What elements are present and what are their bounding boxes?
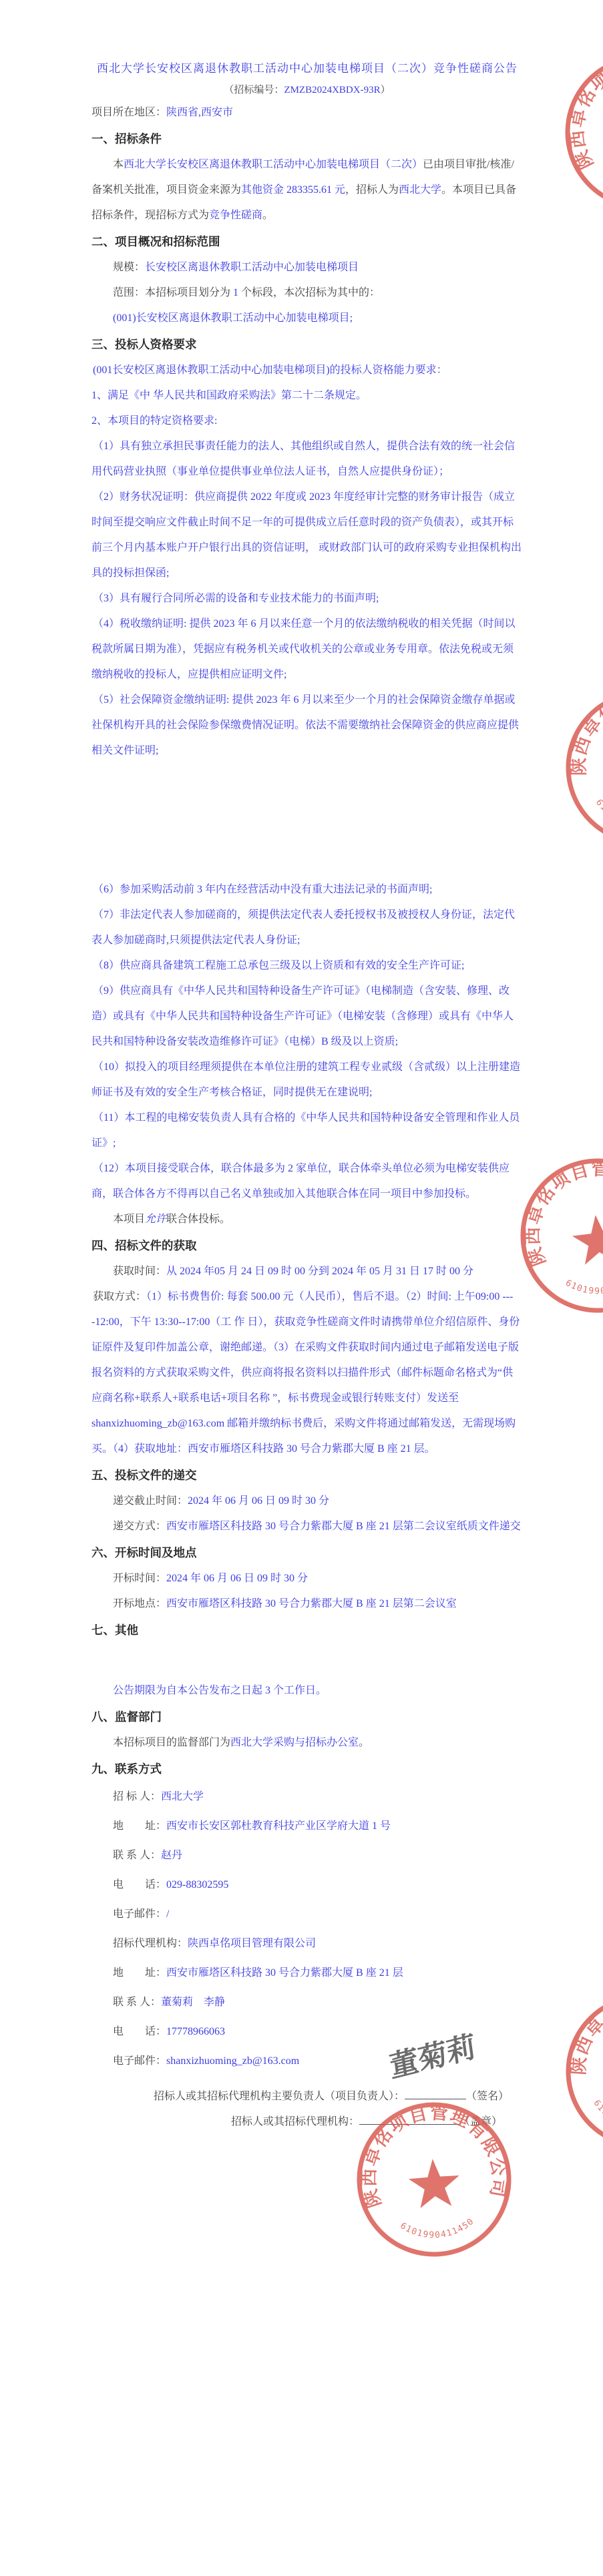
seal-number-text: 6101990411450 [398,2216,477,2243]
requirement-item-6: （6）参加采购活动前 3 年内在经营活动中没有重大违法记录的书面声明; [91,877,523,903]
text-run: 。 [359,1737,369,1748]
label: 电子邮件： [113,2055,166,2067]
text-run: 本 [113,159,124,170]
supervision-paragraph: 本招标项目的监督部门为西北大学采购与招标办公室。 [91,1730,523,1756]
value: 西北大学 [161,1791,204,1802]
project-name: 西北大学长安校区离退休教职工活动中心加装电梯项目（二次） [124,159,423,170]
agency-address-row: 地 址：西安市雁塔区科技路 30 号合力紫郡大厦 B 座 21 层 [91,1959,523,1988]
agency-seal-line: 招标人或其招标代理机构：（盖章） [91,2109,523,2135]
ref-label: （招标编号： [224,85,284,95]
requirement-2: 2、本项目的特定资格要求: [91,409,523,434]
joint-venture-note: 本项目允许联合体投标。 [91,1207,523,1232]
obtain-time: 获取时间：从 2024 年05 月 24 日 09 时 00 分到 2024 年… [91,1259,523,1284]
ref-close: ） [381,85,391,95]
sign-suffix: （签名） [466,2091,509,2102]
requirement-item-1: （1）具有独立承担民事责任能力的法人、其他组织或自然人，提供合法有效的统一社会信… [91,434,523,485]
text-run: 本招标项目的监督部门为 [113,1737,230,1748]
lot-001: (001)长安校区离退休教职工活动中心加装电梯项目; [91,306,523,331]
requirement-item-7: （7）非法定代表人参加磋商的，须提供法定代表人委托授权书及被授权人身份证，法定代… [91,903,523,953]
label: 电子邮件： [113,1908,166,1920]
tenderer-name: 西北大学 [399,184,441,196]
project-scale: 规模：长安校区离退休教职工活动中心加装电梯项目 [91,255,523,280]
label: 获取时间： [113,1266,166,1277]
requirement-1: 1、满足《中 华人民共和国政府采购法》第二十二条规定。 [91,383,523,409]
star-icon [407,2157,461,2209]
section-gap [91,1643,523,1678]
seal-number-text: 6101990411450 [590,796,603,836]
company-seal-partial-bottom: 陕西卓佲项目管理有限公司 6101990411450 [538,1966,603,2176]
opening-time: 开标时间：2024 年 06 月 06 日 09 时 30 分 [91,1566,523,1591]
text-run: ，招标人为 [345,184,399,196]
company-seal-graphic: 陕西卓佲项目管理有限公司 6101990411450 [542,666,603,868]
tender-reference: （招标编号：ZMZB2024XBDX-93R） [91,80,523,100]
section-heading-7: 七、其他 [91,1617,523,1643]
label: 递交截止时间： [113,1495,188,1507]
value: shanxizhuoming_zb@163.com [166,2055,299,2067]
procurement-method: 竞争性磋商 [209,210,262,221]
responsible-person-line: 招标人或其招标代理机构主要负责人（项目负责人）：（签名） [91,2084,523,2109]
tenderer-phone-row: 电 话：029-88302595 [91,1870,523,1900]
announcement-page: 西北大学长安校区离退休教职工活动中心加装电梯项目（二次）竞争性磋商公告 （招标编… [0,0,603,2576]
label: 开标时间： [113,1573,166,1584]
requirement-item-12: （12）本项目接受联合体，联合体最多为 2 家单位，联合体牵头单位必须为电梯安装… [91,1156,523,1207]
value: 从 2024 年05 月 24 日 09 时 00 分到 2024 年 05 月… [166,1266,473,1277]
funding-amount: 其他资金 283355.61 元 [241,184,345,196]
company-seal-graphic: 陕西卓佲项目管理有限公司 6101990411450 [544,33,603,232]
seal-suffix: （盖章） [459,2116,502,2127]
svg-text:6101990411450: 6101990411450 [587,2097,603,2141]
value: 西安市雁塔区科技路 30 号合力紫郡大厦 B 座 21 层第二会议室纸质文件递交 [166,1521,521,1532]
label: 规模： [113,262,145,273]
text-run: 本项目 [113,1214,145,1225]
requirement-item-10: （10）拟投入的项目经理须提供在本单位注册的建筑工程专业贰级（含贰级）以上注册建… [91,1055,523,1105]
value: 17778966063 [166,2026,225,2037]
requirement-item-9: （9）供应商具有《中华人民共和国特种设备生产许可证》（电梯制造（含安装、修理、改… [91,979,523,1055]
section-heading-5: 五、投标文件的递交 [91,1462,523,1489]
value: 2024 年 06 月 06 日 09 时 30 分 [166,1573,308,1584]
seal-company-text: 陕西卓佲项目管理有限公司 [564,674,603,811]
obtain-method: 获取方式：（1）标书费售价: 每套 500.00 元（人民币），售后不退。（2）… [91,1284,523,1462]
requirement-item-4: （4）税收缴纳证明: 提供 2023 年 6 月以来任意一个月的依法缴纳税收的相… [91,611,523,688]
seal-company-text: 陕西卓佲项目管理有限公司 [552,40,603,173]
section-heading-6: 六、开标时间及地点 [91,1539,523,1566]
allowed-flag: 允许 [145,1214,166,1225]
submission-method: 递交方式：西安市雁塔区科技路 30 号合力紫郡大厦 B 座 21 层第二会议室纸… [91,1514,523,1539]
label: 联 系 人： [113,1850,161,1861]
label: 获取方式： [93,1291,146,1302]
text-run: 个标段，本次招标为其中的： [238,287,380,298]
section-heading-9: 九、联系方式 [91,1756,523,1782]
svg-text:陕西卓佲项目管理有限公司: 陕西卓佲项目管理有限公司 [564,674,603,811]
company-seal-partial-mid1: 陕西卓佲项目管理有限公司 6101990411450 [542,666,603,868]
seal-number-text: 6101990411450 [587,2097,603,2141]
svg-text:陕西卓佲项目管理有限公司: 陕西卓佲项目管理有限公司 [514,1150,603,1269]
seal-company-text: 陕西卓佲项目管理有限公司 [563,1974,603,2119]
section-heading-3: 三、投标人资格要求 [91,331,523,358]
company-seal-graphic: 陕西卓佲项目管理有限公司 6101990411450 [538,1966,603,2176]
label: 联 系 人： [113,1997,161,2008]
seal-company-text: 陕西卓佲项目管理有限公司 [514,1150,603,1269]
submission-deadline: 递交截止时间：2024 年 06 月 06 日 09 时 30 分 [91,1489,523,1514]
agency-name-row: 招标代理机构：陕西卓佲项目管理有限公司 [91,1929,523,1959]
agency-contact-row: 联 系 人：董菊莉 李静 [91,1988,523,2017]
project-region: 项目所在地区：陕西省,西安市 [91,100,523,125]
label: 招标代理机构： [113,1938,188,1949]
requirement-item-3: （3）具有履行合同所必需的设备和专业技术能力的书面声明; [91,586,523,611]
section-heading-8: 八、监督部门 [91,1704,523,1730]
svg-text:6101990411450: 6101990411450 [398,2216,477,2243]
opening-place: 开标地点：西安市雁塔区科技路 30 号合力紫郡大厦 B 座 21 层第二会议室 [91,1591,523,1617]
value: / [166,1908,169,1920]
section-heading-1: 一、招标条件 [91,125,523,152]
lot-count: 1 [233,287,238,298]
tenderer-contact-row: 联 系 人：赵丹 [91,1841,523,1870]
value: 2024 年 06 月 06 日 09 时 30 分 [188,1495,329,1507]
requirement-item-5: （5）社会保障资金缴纳证明: 提供 2023 年 6 月以来至少一个月的社会保障… [91,688,523,764]
value: 长安校区离退休教职工活动中心加装电梯项目 [145,262,359,273]
svg-text:6101990411450: 6101990411450 [590,796,603,836]
company-seal-partial-top: 陕西卓佲项目管理有限公司 6101990411450 [544,33,603,232]
svg-text:陕西卓佲项目管理有限公司: 陕西卓佲项目管理有限公司 [563,1974,603,2119]
star-icon [570,1212,603,1266]
ref-code: ZMZB2024XBDX-93R [284,85,380,95]
value: 西安市长安区郭杜教育科技产业区学府大道 1 号 [166,1820,391,1832]
signature-block: 招标人或其招标代理机构主要负责人（项目负责人）：（签名） 董菊莉 招标人或其招标… [91,2084,523,2135]
value: 赵丹 [161,1850,182,1861]
label: 电 话： [113,1879,166,1890]
label: 地 址： [113,1967,166,1979]
text-run: 范围：本招标项目划分为 [113,287,233,298]
requirement-item-2: （2）财务状况证明：供应商提供 2022 年度或 2023 年度经审计完整的财务… [91,485,523,586]
value: 董菊莉 李静 [161,1997,225,2008]
label: 电 话： [113,2026,166,2037]
label: 地 址： [113,1820,166,1832]
tenderer-name-row: 招 标 人：西北大学 [91,1782,523,1812]
region-value: 陕西省,西安市 [166,107,233,118]
value: 029-88302595 [166,1879,228,1890]
section-heading-4: 四、招标文件的获取 [91,1232,523,1259]
announcement-period: 公告期限为自本公告发布之日起 3 个工作日。 [91,1678,523,1704]
label: 招标人或其招标代理机构主要负责人（项目负责人）： [154,2091,405,2102]
page-title: 西北大学长安校区离退休教职工活动中心加装电梯项目（二次）竞争性磋商公告 [91,57,523,80]
tenderer-address-row: 地 址：西安市长安区郭杜教育科技产业区学府大道 1 号 [91,1812,523,1841]
text-run: 联合体投标。 [166,1214,230,1225]
tenderer-email-row: 电子邮件：/ [91,1900,523,1929]
value: （1）标书费售价: 每套 500.00 元（人民币），售后不退。（2）时间: 上… [91,1291,520,1455]
page-break-gap [91,764,523,877]
seal-blank [359,2113,459,2125]
value: 西安市雁塔区科技路 30 号合力紫郡大厦 B 座 21 层 [166,1967,403,1979]
section-heading-2: 二、项目概况和招标范围 [91,228,523,255]
seal-number-text: 6101990411450 [563,1270,603,1300]
svg-text:6101990411450: 6101990411450 [563,1270,603,1300]
announcement-document: 西北大学长安校区离退休教职工活动中心加装电梯项目（二次）竞争性磋商公告 （招标编… [91,0,523,2135]
region-label: 项目所在地区： [91,107,166,118]
label: 递交方式： [113,1521,166,1532]
value: 陕西卓佲项目管理有限公司 [188,1938,316,1949]
requirement-item-8: （8）供应商具备建筑工程施工总承包三级及以上资质和有效的安全生产许可证; [91,953,523,979]
qualification-intro: (001长安校区离退休教职工活动中心加装电梯项目)的投标人资格能力要求： [91,358,523,383]
requirement-item-11: （11）本工程的电梯安装负责人具有合格的《中华人民共和国特种设备安全管理和作业人… [91,1105,523,1156]
label: 招 标 人： [113,1791,161,1802]
value: 西安市雁塔区科技路 30 号合力紫郡大厦 B 座 21 层第二会议室 [166,1598,457,1609]
svg-text:陕西卓佲项目管理有限公司: 陕西卓佲项目管理有限公司 [552,40,603,173]
supervision-office: 西北大学采购与招标办公室 [230,1737,359,1748]
signature-blank [405,2087,466,2099]
label: 开标地点： [113,1598,166,1609]
tender-conditions-paragraph: 本西北大学长安校区离退休教职工活动中心加装电梯项目（二次）已由项目审批/核准/备… [91,152,523,228]
text-run: 。 [262,210,273,221]
project-range: 范围：本招标项目划分为 1 个标段，本次招标为其中的： [91,280,523,306]
label: 招标人或其招标代理机构： [231,2116,359,2127]
